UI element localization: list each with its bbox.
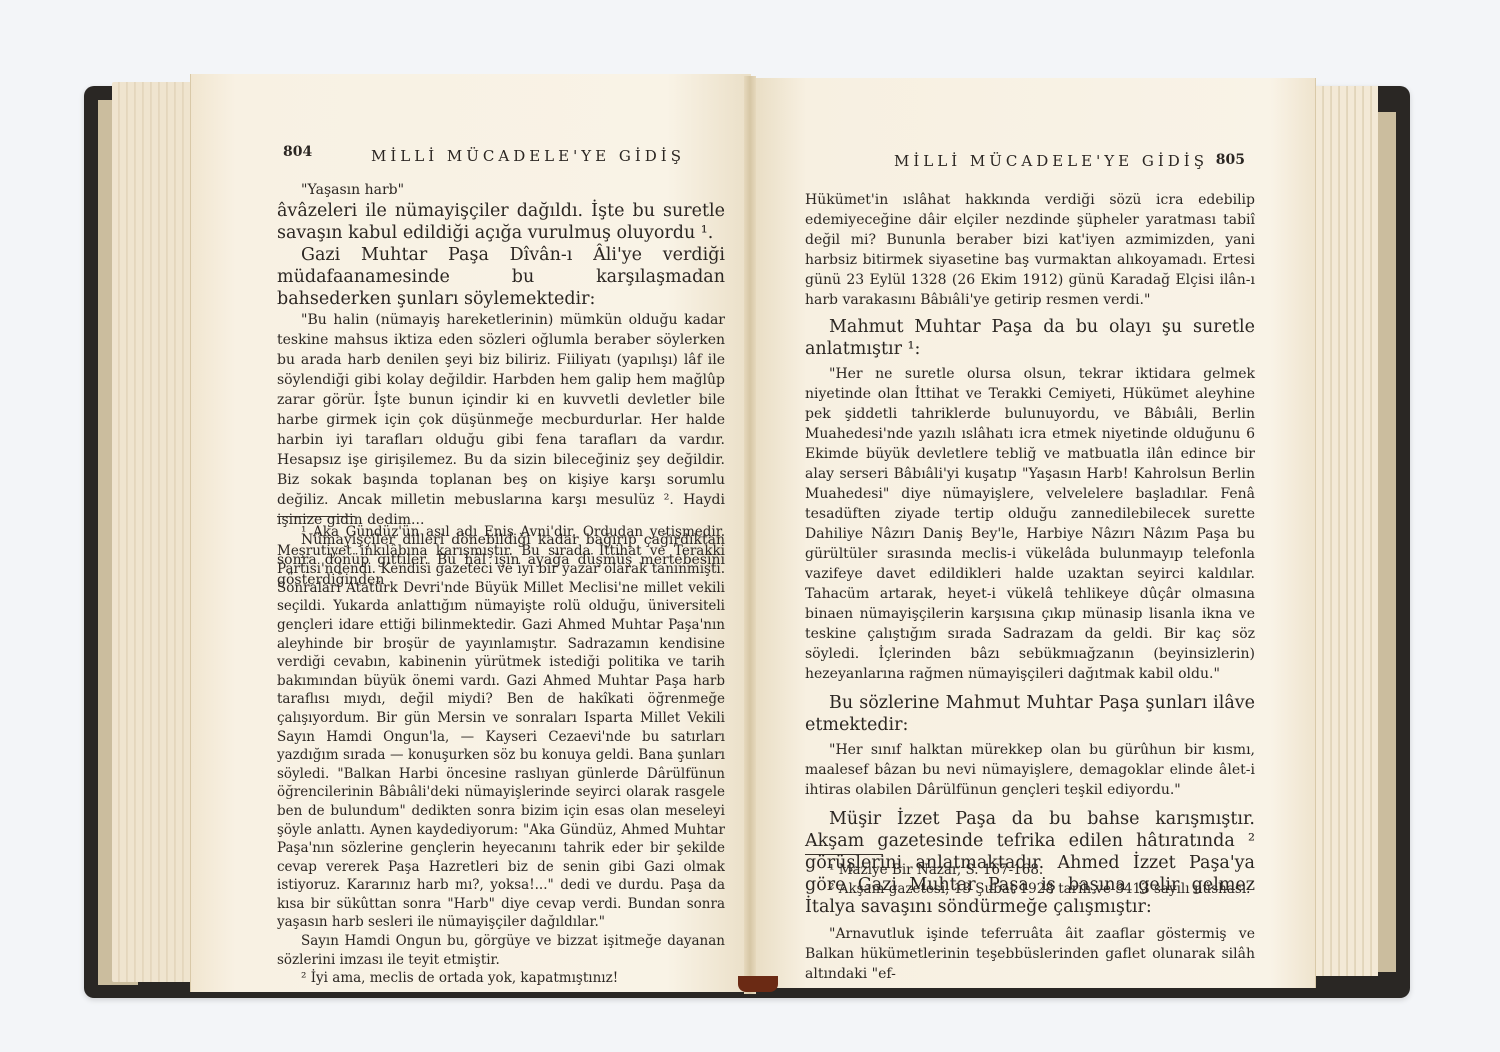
right-page: MİLLİ MÜCADELE'YE GİDİŞ 805 Hükümet'in ı…	[750, 78, 1316, 988]
book-gutter	[744, 76, 756, 994]
quote-paragraph: "Bu halin (nümayiş hareketlerinin) mümkü…	[277, 310, 725, 530]
paragraph: Mahmut Muhtar Paşa da bu olayı şu suretl…	[805, 316, 1255, 360]
quote-paragraph: "Arnavutluk işinde teferruâta âit zaafla…	[805, 924, 1255, 984]
footnote-rule	[277, 516, 355, 517]
footnote: ² İyi ama, meclis de ortada yok, kapatmı…	[277, 969, 725, 988]
quote-paragraph: "Her ne suretle olursa olsun, tekrar ikt…	[805, 364, 1255, 684]
paragraph: âvâzeleri ile nümayişçiler dağıldı. İşte…	[277, 200, 725, 244]
paragraph: Bu sözlerine Mahmut Muhtar Paşa şunları …	[805, 692, 1255, 736]
footnote: ¹ Aka Gündüz'ün asıl adı Enis Avni'dir. …	[277, 523, 725, 932]
right-page-header: MİLLİ MÜCADELE'YE GİDİŞ 805	[750, 148, 1315, 172]
left-page-header: 804 MİLLİ MÜCADELE'YE GİDİŞ	[191, 144, 751, 168]
footnote-rule	[805, 854, 883, 855]
page-stack-left	[112, 82, 202, 982]
paragraph: "Yaşasın harb"	[277, 180, 725, 200]
running-title: MİLLİ MÜCADELE'YE GİDİŞ	[894, 152, 1208, 170]
paragraph: Gazi Muhtar Paşa Dîvân-ı Âli'ye verdiği …	[277, 244, 725, 310]
footnote: Sayın Hamdi Ongun bu, görgüye ve bizzat …	[277, 932, 725, 969]
footnote: ² Akşam gazetesi, 13 Şubat 1928 tarih ve…	[805, 880, 1255, 899]
headband	[738, 976, 778, 992]
left-page: 804 MİLLİ MÜCADELE'YE GİDİŞ "Yaşasın har…	[190, 74, 751, 992]
quote-paragraph: Hükümet'in ıslâhat hakkında verdiği sözü…	[805, 190, 1255, 310]
left-page-footnotes: ¹ Aka Gündüz'ün asıl adı Enis Avni'dir. …	[277, 502, 725, 988]
footnote: ¹ Maziye Bir Nazar, S. 167-168.	[805, 861, 1255, 880]
page-number: 804	[283, 144, 312, 160]
running-title: MİLLİ MÜCADELE'YE GİDİŞ	[371, 147, 685, 165]
right-page-footnotes: ¹ Maziye Bir Nazar, S. 167-168. ² Akşam …	[805, 840, 1255, 898]
page-number: 805	[1216, 152, 1245, 168]
quote-paragraph: "Her sınıf halktan mürekkep olan bu gürû…	[805, 740, 1255, 800]
